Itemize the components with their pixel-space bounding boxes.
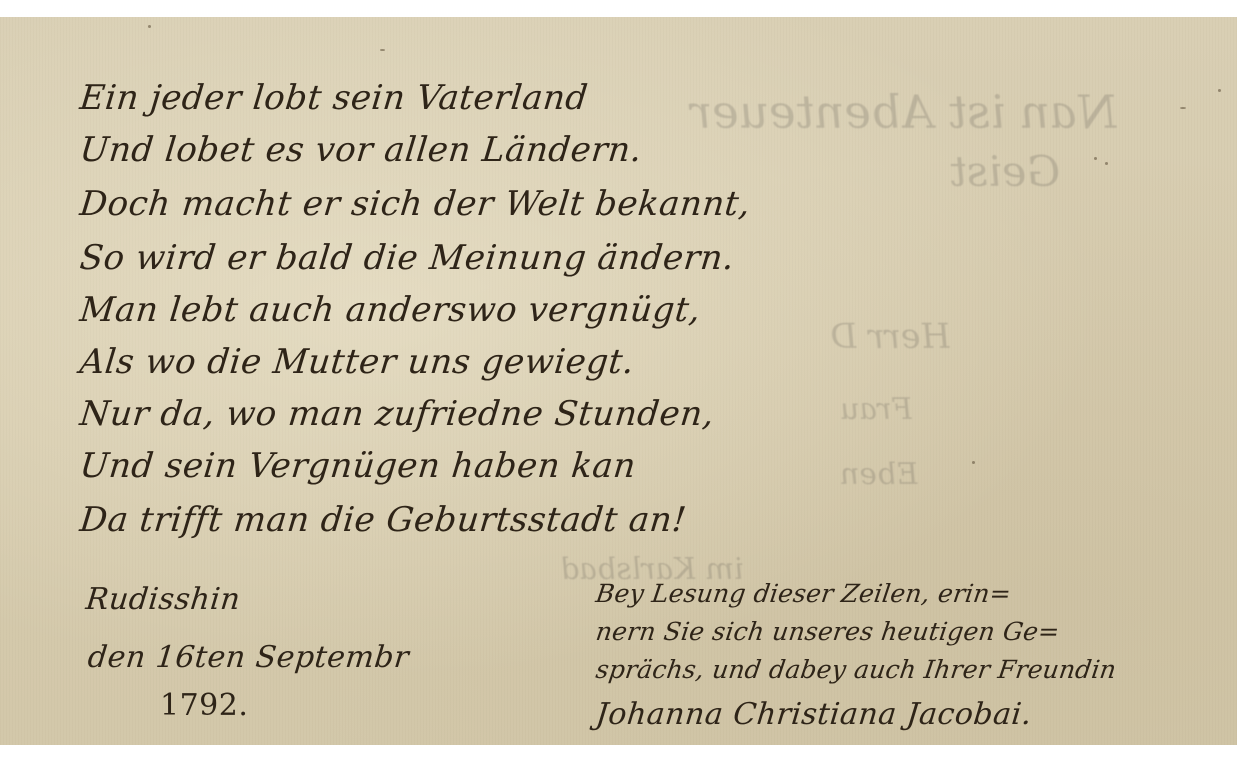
bleed-through-text: Nan ist Abenteuer [687, 85, 1120, 139]
bleed-through-text: Geist [947, 147, 1062, 196]
signature: Johanna Christiana Jacobai. [594, 697, 1033, 732]
paper-speck [1180, 107, 1186, 109]
poem-line-8: Und sein Vergnügen haben kan [78, 447, 638, 485]
paper-speck [1105, 162, 1108, 165]
bleed-through-text: Frau [838, 392, 914, 427]
poem-line-9: Da trifft man die Geburtsstadt an! [78, 501, 688, 539]
dedication-line-1: Bey Lesung dieser Zeilen, erin= [594, 579, 1013, 609]
manuscript-page: Nan ist Abenteuer Geist Herr D Frau Eben… [0, 17, 1237, 745]
poem-line-5: Man lebt auch anderswo vergnügt, [78, 291, 702, 329]
poem-line-3: Doch macht er sich der Welt bekannt, [78, 185, 752, 223]
poem-line-6: Als wo die Mutter uns gewiegt. [78, 343, 636, 381]
poem-line-1: Ein jeder lobt sein Vaterland [78, 79, 590, 117]
poem-line-7: Nur da, wo man zufriedne Stunden, [78, 395, 716, 433]
paper-speck [1094, 157, 1097, 160]
paper-speck [972, 461, 975, 464]
poem-line-2: Und lobet es vor allen Ländern. [78, 131, 644, 169]
bleed-through-text: Herr D [828, 317, 953, 357]
closing-date: den 16ten Septembr [86, 641, 411, 675]
paper-speck [380, 49, 385, 51]
dedication-line-2: nern Sie sich unseres heutigen Ge= [594, 617, 1062, 647]
dedication-line-3: sprächs, und dabey auch Ihrer Freundin [594, 655, 1118, 685]
paper-speck [1218, 89, 1221, 92]
paper-speck [148, 25, 151, 28]
closing-place: Rudisshin [84, 583, 242, 617]
closing-year: 1792. [160, 689, 248, 723]
poem-line-4: So wird er bald die Meinung ändern. [78, 239, 736, 277]
bleed-through-text: Eben [838, 457, 920, 492]
